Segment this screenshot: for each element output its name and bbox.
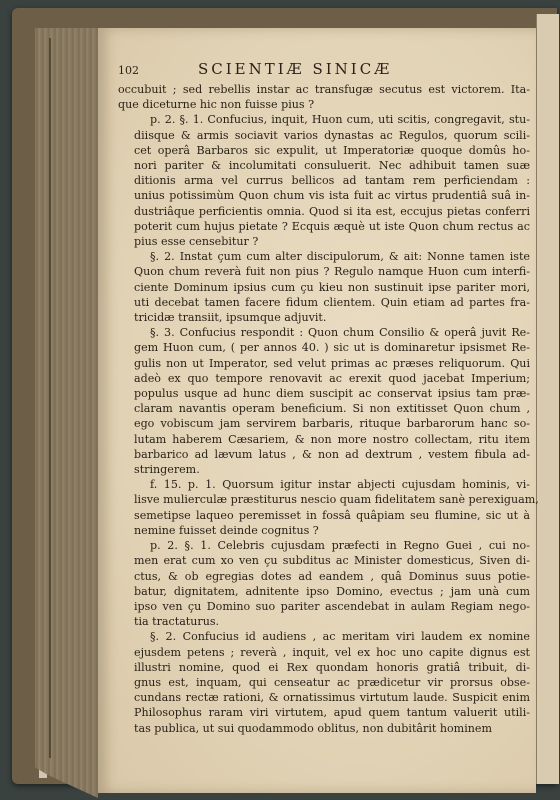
text-line: stringerem. [118, 462, 530, 477]
text-line: lisve mulierculæ præstiturus nescio quam… [118, 492, 530, 507]
text-line: tas publica, ut sui quodammodo oblitus, … [118, 721, 530, 736]
text-line: unius potissimùm Quon chum vis ista fuit… [118, 188, 530, 203]
paragraph: §. 2. Instat çum cum alter discipulorum,… [118, 249, 530, 325]
text-line: lutam haberem Cæsariem, & non more nostr… [118, 432, 530, 447]
body-text: occubuit ; sed rebellis instar ac transf… [118, 82, 530, 736]
text-line: men erat cum xo ven çu subditus ac Minis… [118, 553, 530, 568]
text-line: ipso ven çu Domino suo pariter ascendeba… [118, 599, 530, 614]
text-line: cundans rectæ rationi, & ornatissimus vi… [118, 690, 530, 705]
text-line: barbarico ad lævum latus , & non ad dext… [118, 447, 530, 462]
text-line: p. 2. §. 1. Confucius, inquit, Huon cum,… [118, 112, 530, 127]
running-title: SCIENTIÆ SINICÆ [178, 62, 530, 77]
paragraph: p. 2. §. 1. Confucius, inquit, Huon cum,… [118, 112, 530, 249]
text-line: occubuit ; sed rebellis instar ac transf… [118, 82, 530, 97]
page-content: 102 SCIENTIÆ SINICÆ occubuit ; sed rebel… [118, 62, 530, 736]
paragraph: p. 2. §. 1. Celebris cujusdam præfecti i… [118, 538, 530, 629]
text-line: semetipse laqueo peremisset in fossâ quâ… [118, 508, 530, 523]
text-line: f. 15. p. 1. Quorsum igitur instar abjec… [118, 477, 530, 492]
text-line: poterit cum hujus pietate ? Ecquis æquè … [118, 219, 530, 234]
text-line: tricidæ transiit, ipsumque adjuvit. [118, 310, 530, 325]
text-line: p. 2. §. 1. Celebris cujusdam præfecti i… [118, 538, 530, 553]
text-line: diisque & armis sociavit varios dynastas… [118, 128, 530, 143]
text-line: gulis non ut Imperator, sed velut primas… [118, 356, 530, 371]
text-line: tia tractaturus. [118, 614, 530, 629]
text-line: gnus est, inquam, qui censeatur ac prædi… [118, 675, 530, 690]
text-line: §. 3. Confucius respondit : Quon chum Co… [118, 325, 530, 340]
text-line: nemine fuisset deinde cognitus ? [118, 523, 530, 538]
paragraph: §. 3. Confucius respondit : Quon chum Co… [118, 325, 530, 477]
text-line: §. 2. Confucius id audiens , ac meritam … [118, 629, 530, 644]
text-line: populus usque ad hunc diem suscipit ac c… [118, 386, 530, 401]
page-number: 102 [118, 63, 178, 78]
text-line: gem Huon cum, ( per annos 40. ) sic ut i… [118, 340, 530, 355]
paragraph: §. 2. Confucius id audiens , ac meritam … [118, 629, 530, 735]
paragraph: f. 15. p. 1. Quorsum igitur instar abjec… [118, 477, 530, 538]
text-line: ciente Dominum ipsius cum çu kieu non su… [118, 280, 530, 295]
text-line: ejusdem petens ; reverà , inquit, vel ex… [118, 645, 530, 660]
running-head: 102 SCIENTIÆ SINICÆ [118, 62, 530, 82]
text-line: que diceturne hic non fuisse pius ? [118, 97, 530, 112]
text-line: cet operâ Barbaros sic expulit, ut Imper… [118, 143, 530, 158]
paragraph: occubuit ; sed rebellis instar ac transf… [118, 82, 530, 112]
binding-crack [49, 38, 55, 758]
text-line: claram navantis operam beneficium. Si no… [118, 401, 530, 416]
text-line: nori pariter & incolumitati consuluerit.… [118, 158, 530, 173]
page-block-edge [35, 28, 98, 798]
text-line: dustriâque perficientis omnia. Quod si i… [118, 204, 530, 219]
text-line: uti decebat tamen facere fidum clientem.… [118, 295, 530, 310]
text-line: Quon chum reverà fuit non pius ? Regulo … [118, 264, 530, 279]
text-line: ctus, & ob egregias dotes ad eandem , qu… [118, 569, 530, 584]
text-line: §. 2. Instat çum cum alter discipulorum,… [118, 249, 530, 264]
text-line: batur, dignitatem, adnitente ipso Domino… [118, 584, 530, 599]
text-line: pius esse censebitur ? [118, 234, 530, 249]
text-line: Philosophus raram viri virtutem, apud qu… [118, 705, 530, 720]
text-line: adeò ex quo tempore renovavit ac erexit … [118, 371, 530, 386]
next-page-edge [536, 14, 559, 784]
text-line: ego vobiscum jam servirem barbaris, ritu… [118, 416, 530, 431]
text-line: ditionis arma vel currus bellicos ad tan… [118, 173, 530, 188]
text-line: illustri nomine, quod ei Rex quondam hon… [118, 660, 530, 675]
